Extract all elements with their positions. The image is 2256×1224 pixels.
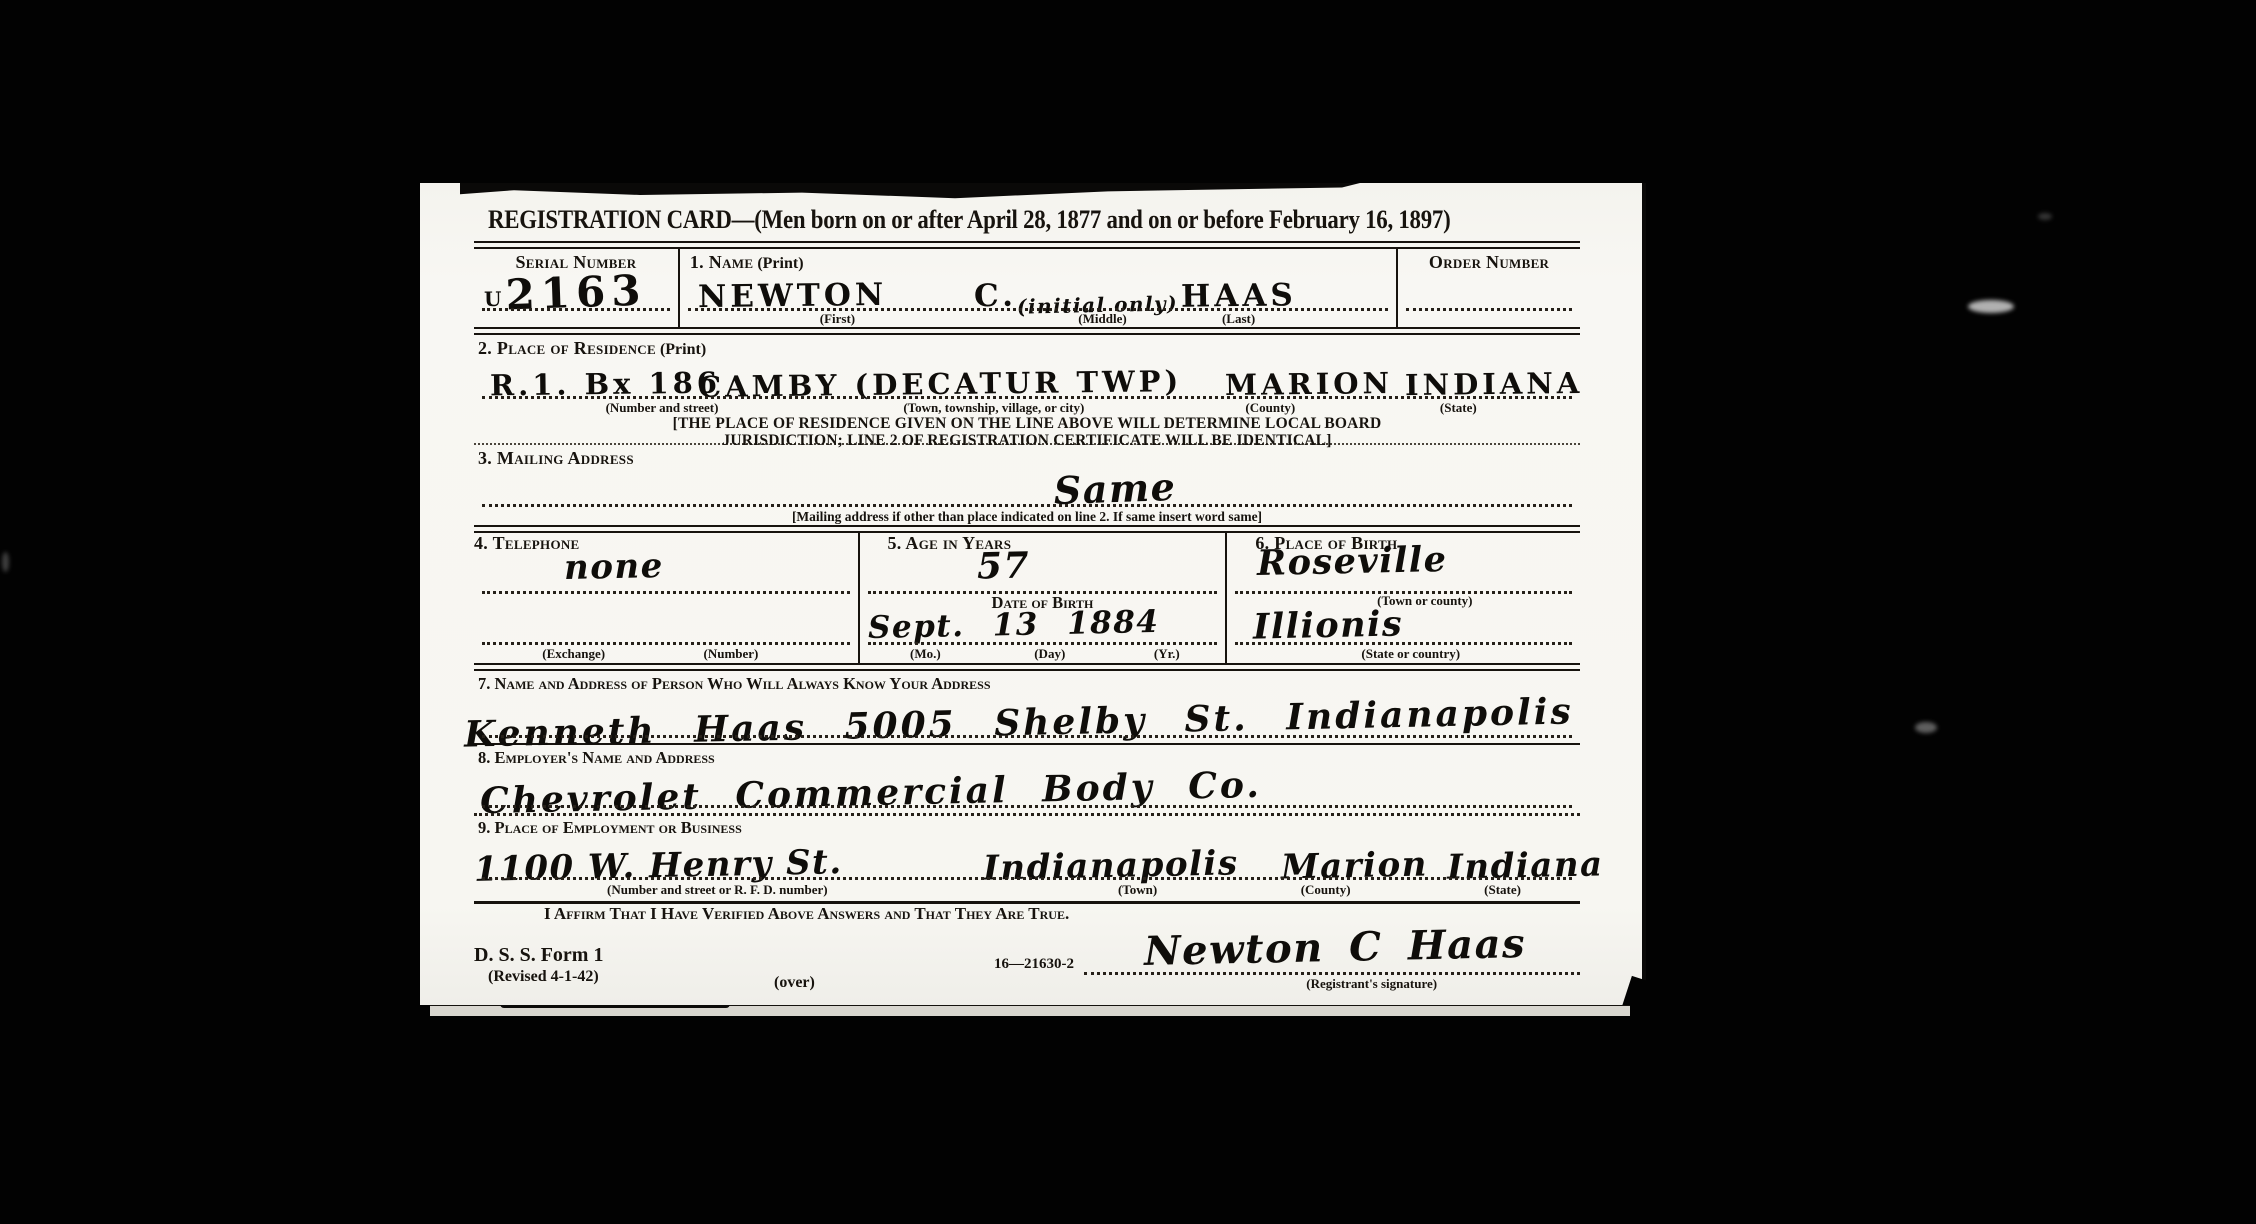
- telephone-handwriting: none: [564, 546, 665, 588]
- residence-street-caption: (Number and street): [606, 400, 719, 416]
- mailing-label: 3. Mailing Address: [474, 445, 1580, 469]
- telephone-label: 4. Telephone: [474, 533, 858, 554]
- card-form: REGISTRATION CARD—(Men born on or after …: [474, 205, 1580, 1005]
- serial-number-handwriting: 2163: [505, 266, 648, 320]
- dotted-line: [482, 504, 1572, 507]
- residence-label: 2. Place of Residence: [478, 338, 656, 358]
- residence-county-caption: (County): [1245, 400, 1295, 416]
- card-title: REGISTRATION CARD—(Men born on or after …: [474, 205, 1580, 241]
- signature-caption: (Registrant's signature): [1306, 976, 1437, 992]
- age-handwriting: 57: [976, 544, 1030, 587]
- residence-town-caption: (Town, township, village, or city): [903, 400, 1084, 416]
- first-caption: (First): [820, 311, 855, 327]
- mailing-section: 3. Mailing Address Same [Mailing address…: [474, 445, 1580, 525]
- residence-section: 2. Place of Residence (Print) R.1. Bx 18…: [474, 335, 1580, 443]
- dotted-line: [1406, 308, 1572, 311]
- dotted-line: [868, 642, 1218, 645]
- scan-corner-notch: [1621, 976, 1646, 1005]
- name-cell: 1. Name (Print) NEWTON C. (initial only)…: [678, 249, 1396, 327]
- employment-section: 9. Place of Employment or Business 1100 …: [474, 815, 1580, 904]
- dotted-line: [688, 308, 1388, 311]
- dotted-line: [1084, 972, 1580, 975]
- scan-speck: [1915, 722, 1937, 733]
- signature-block: Newton C Haas (Registrant's signature): [1084, 928, 1580, 998]
- form-revision: (Revised 4-1-42): [488, 968, 599, 986]
- form-name: D. S. S. Form 1: [474, 944, 603, 967]
- dotted-line: [482, 591, 850, 594]
- birth-state-caption: (State or country): [1361, 646, 1460, 662]
- place-of-birth-cell: 6. Place of Birth Roseville (Town or cou…: [1225, 533, 1580, 663]
- scanner-background: REGISTRATION CARD—(Men born on or after …: [0, 0, 2256, 1224]
- row-telephone-age-birth: 4. Telephone none (Exchange) (Number) 5.…: [474, 533, 1580, 663]
- day-caption: (Day): [1034, 646, 1065, 662]
- employment-street-caption: (Number and street or R. F. D. number): [607, 882, 828, 898]
- divider: [474, 525, 1580, 533]
- scan-speck: [2038, 213, 2052, 220]
- scan-smudge-top: [460, 183, 1360, 199]
- employment-town-caption: (Town): [1118, 882, 1157, 898]
- name-label-paren: (Print): [757, 255, 803, 272]
- exchange-caption: (Exchange): [542, 646, 605, 662]
- residence-label-paren: (Print): [660, 341, 706, 358]
- telephone-cell: 4. Telephone none (Exchange) (Number): [474, 533, 858, 663]
- print-code: 16—21630-2: [994, 956, 1074, 973]
- contact-label: 7. Name and Address of Person Who Will A…: [474, 671, 1580, 694]
- employment-label: 9. Place of Employment or Business: [474, 815, 1580, 838]
- birth-town-handwriting: Roseville: [1257, 539, 1448, 584]
- divider: [474, 663, 1580, 671]
- over-note: (over): [774, 974, 815, 992]
- mailing-caption: [Mailing address if other than place ind…: [474, 505, 1580, 525]
- order-number-label: Order Number: [1398, 249, 1580, 273]
- dotted-line: [482, 642, 850, 645]
- card-title-bold: REGISTRATION CARD—: [488, 205, 754, 234]
- card-title-paren: (Men born on or after April 28, 1877 and…: [754, 205, 1450, 234]
- last-caption: (Last): [1222, 311, 1255, 327]
- residence-notice-line1: [THE PLACE OF RESIDENCE GIVEN ON THE LIN…: [474, 415, 1580, 432]
- year-caption: (Yr.): [1154, 646, 1180, 662]
- employment-county-caption: (County): [1301, 882, 1351, 898]
- order-number-cell: Order Number: [1396, 249, 1580, 327]
- residence-state-caption: (State): [1440, 400, 1477, 416]
- scan-speck: [1968, 300, 2014, 313]
- middle-caption: (Middle): [1078, 311, 1126, 327]
- dotted-line: [482, 805, 1572, 808]
- serial-number-cell: Serial Number U 2163: [474, 249, 678, 327]
- registrant-signature-handwriting: Newton C Haas: [1144, 920, 1527, 975]
- dotted-line: [482, 735, 1572, 738]
- age-label: 5. Age in Years: [860, 533, 1226, 554]
- card-footer: D. S. S. Form 1 (Revised 4-1-42) (over) …: [474, 928, 1580, 1005]
- age-cell: 5. Age in Years 57 Date of Birth Sept. 1…: [858, 533, 1226, 663]
- dotted-line: [1235, 642, 1572, 645]
- divider: [474, 241, 1580, 249]
- employment-state-caption: (State): [1484, 882, 1521, 898]
- row-serial-name-order: Serial Number U 2163 1. Name (Print) NEW…: [474, 249, 1580, 327]
- birth-state-handwriting: Illionis: [1253, 603, 1404, 647]
- scan-speck: [2, 552, 9, 572]
- date-of-birth-handwriting: Sept. 13 1884: [867, 604, 1159, 646]
- employer-label: 8. Employer's Name and Address: [474, 745, 1580, 768]
- registration-card: REGISTRATION CARD—(Men born on or after …: [420, 183, 1646, 1005]
- dotted-line: [482, 308, 670, 311]
- month-caption: (Mo.): [910, 646, 941, 662]
- number-caption: (Number): [703, 646, 758, 662]
- divider: [474, 327, 1580, 335]
- contact-section: 7. Name and Address of Person Who Will A…: [474, 671, 1580, 745]
- employer-section: 8. Employer's Name and Address Chevrolet…: [474, 745, 1580, 815]
- name-label: 1. Name: [690, 252, 753, 272]
